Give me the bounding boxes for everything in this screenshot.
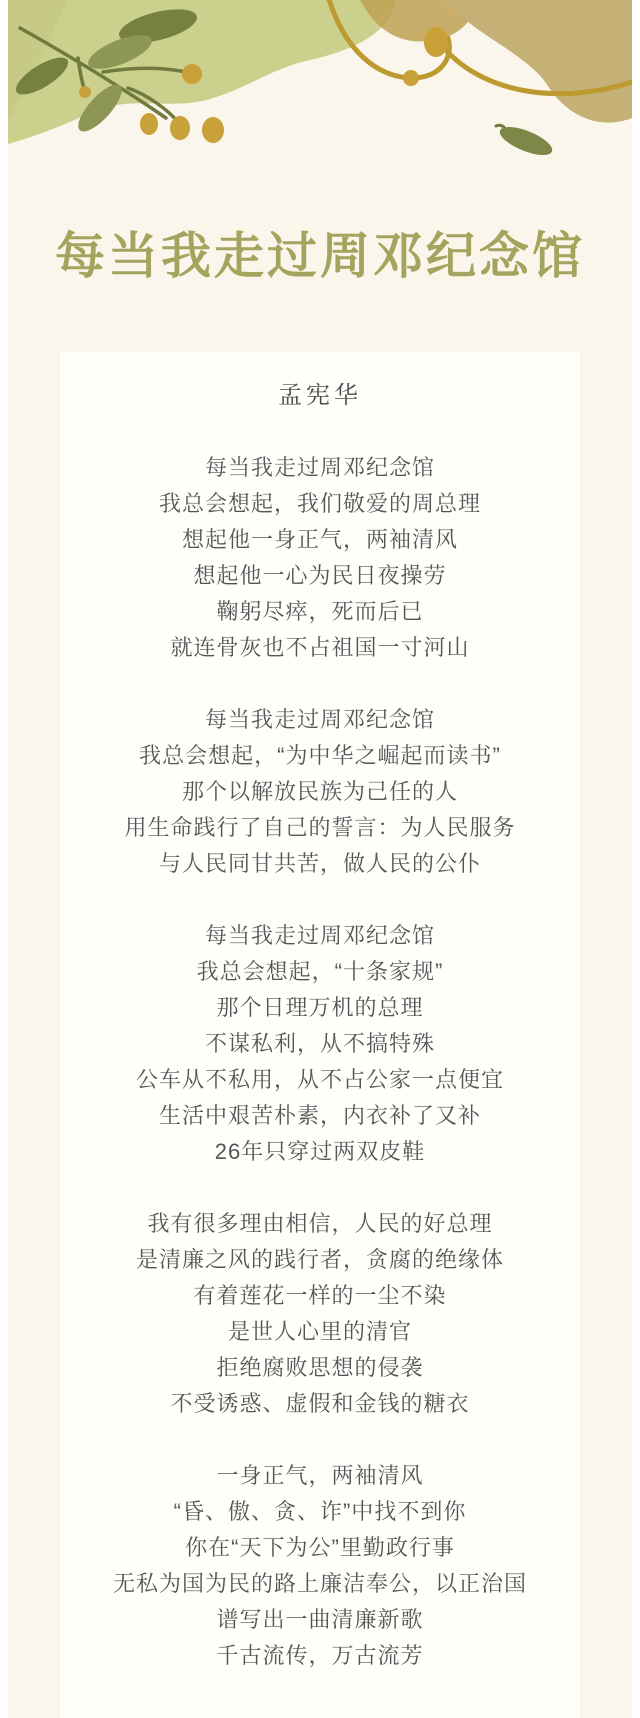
poem-line: 26年只穿过两双皮鞋 (60, 1134, 580, 1170)
poem-line: 生活中艰苦朴素，内衣补了又补 (60, 1098, 580, 1134)
page-title: 每当我走过周邓纪念馆 (55, 216, 585, 288)
poem-line: 千古流传，万古流芳 (60, 1638, 580, 1674)
poem-line: 那个日理万机的总理 (60, 990, 580, 1026)
poem-stanza-1: 每当我走过周邓纪念馆 我总会想起，我们敬爱的周总理 想起他一身正气，两袖清风 想… (60, 450, 580, 666)
author-name: 孟宪华 (60, 378, 580, 414)
poem-line: 公车从不私用，从不占公家一点便宜 (60, 1062, 580, 1098)
decorative-header-illustration (8, 0, 632, 165)
card-wrapper: 孟宪华 每当我走过周邓纪念馆 我总会想起，我们敬爱的周总理 想起他一身正气，两袖… (8, 352, 632, 1718)
article-content-column: 每当我走过周邓纪念馆 孟宪华 每当我走过周邓纪念馆 我总会想起，我们敬爱的周总理… (8, 0, 632, 1718)
poem-card: 孟宪华 每当我走过周邓纪念馆 我总会想起，我们敬爱的周总理 想起他一身正气，两袖… (60, 352, 580, 1718)
poem-line: 每当我走过周邓纪念馆 (60, 702, 580, 738)
poem-line: 不受诱惑、虚假和金钱的糖衣 (60, 1386, 580, 1422)
poem-line: 就连骨灰也不占祖国一寸河山 (60, 630, 580, 666)
poem-line: 想起他一心为民日夜操劳 (60, 558, 580, 594)
poem-line: 你在“天下为公”里勤政行事 (60, 1530, 580, 1566)
poem-line: 我有很多理由相信，人民的好总理 (60, 1206, 580, 1242)
poem-line: 一身正气，两袖清风 (60, 1458, 580, 1494)
poem-stanza-2: 每当我走过周邓纪念馆 我总会想起，“为中华之崛起而读书” 那个以解放民族为己任的… (60, 702, 580, 882)
poem-line: 那个以解放民族为己任的人 (60, 774, 580, 810)
poem-line: 每当我走过周邓纪念馆 (60, 918, 580, 954)
poem-line: “昏、傲、贪、诈”中找不到你 (60, 1494, 580, 1530)
poem-line: 与人民同甘共苦，做人民的公仆 (60, 846, 580, 882)
poem-line: 我总会想起，我们敬爱的周总理 (60, 486, 580, 522)
poem-line: 每当我走过周邓纪念馆 (60, 450, 580, 486)
poem-line: 无私为国为民的路上廉洁奉公，以正治国 (60, 1566, 580, 1602)
poem-line: 不谋私利，从不搞特殊 (60, 1026, 580, 1062)
poem-line: 想起他一身正气，两袖清风 (60, 522, 580, 558)
poem-stanza-5: 一身正气，两袖清风 “昏、傲、贪、诈”中找不到你 你在“天下为公”里勤政行事 无… (60, 1458, 580, 1674)
poem-line: 有着莲花一样的一尘不染 (60, 1278, 580, 1314)
poem-line: 谱写出一曲清廉新歌 (60, 1602, 580, 1638)
poem-line: 我总会想起，“十条家规” (60, 954, 580, 990)
poem-line: 用生命践行了自己的誓言：为人民服务 (60, 810, 580, 846)
poem-line: 我总会想起，“为中华之崛起而读书” (60, 738, 580, 774)
single-olive-leaf-icon (496, 121, 556, 161)
poem-stanza-4: 我有很多理由相信，人民的好总理 是清廉之风的践行者，贪腐的绝缘体 有着莲花一样的… (60, 1206, 580, 1422)
article-page: 每当我走过周邓纪念馆 孟宪华 每当我走过周邓纪念馆 我总会想起，我们敬爱的周总理… (0, 0, 640, 1718)
tan-blob (436, 0, 632, 123)
header-art-svg (8, 0, 632, 165)
poem-line: 是清廉之风的践行者，贪腐的绝缘体 (60, 1242, 580, 1278)
poem-line: 是世人心里的清官 (60, 1314, 580, 1350)
poem-line: 拒绝腐败思想的侵袭 (60, 1350, 580, 1386)
title-block: 每当我走过周邓纪念馆 (8, 165, 632, 352)
poem-stanza-3: 每当我走过周邓纪念馆 我总会想起，“十条家规” 那个日理万机的总理 不谋私利，从… (60, 918, 580, 1170)
poem-line: 鞠躬尽瘁，死而后已 (60, 594, 580, 630)
